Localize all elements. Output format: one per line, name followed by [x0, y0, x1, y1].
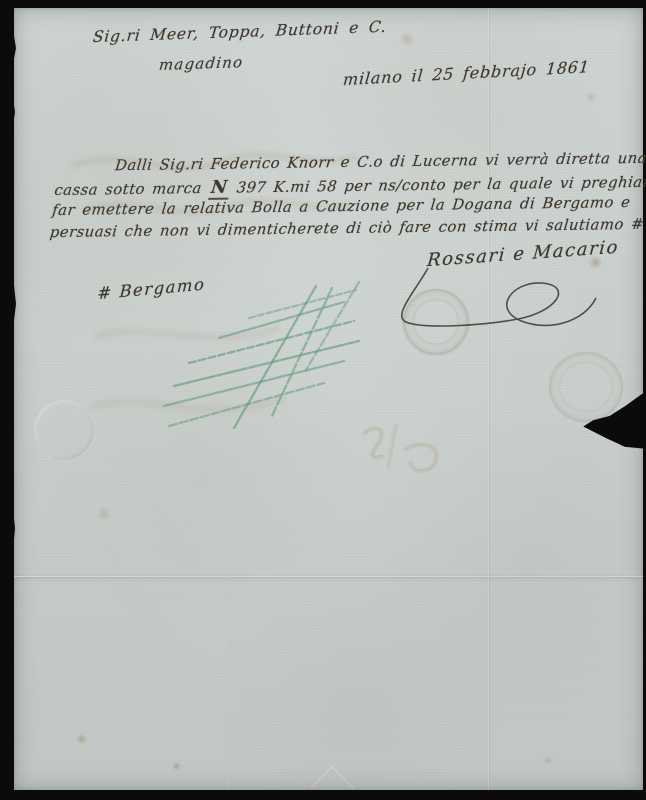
fold-crease-vertical-left — [228, 576, 230, 790]
postmark-stamp — [549, 352, 623, 422]
fold-crease-vertical-right — [488, 8, 490, 790]
body-line-2-pre: cassa sotto marca — [54, 180, 210, 199]
fold-chevron-mark — [309, 764, 355, 790]
foxing-spot — [98, 504, 110, 524]
foxing-spot — [585, 92, 597, 103]
dateline: milano il 25 febbrajo 1861 — [342, 57, 590, 89]
body-line-2-post: 397 K.mi 58 per ns/conto per la quale vi… — [229, 173, 646, 196]
foxing-spot — [172, 762, 181, 770]
scanned-letter-page: { "letter": { "recipient": "Sig.ri Meer,… — [0, 0, 646, 800]
letter-paper: Sig.ri Meer, Toppa, Buttoni e C. magadin… — [14, 8, 643, 790]
signature-flourish — [386, 264, 621, 336]
foxing-spot — [398, 32, 416, 46]
foxing-spot — [76, 734, 87, 744]
recipient-place: magadino — [158, 53, 244, 74]
foxing-spot — [542, 756, 555, 765]
fold-crease-horizontal — [14, 576, 643, 578]
recipient-line: Sig.ri Meer, Toppa, Buttoni e C. — [92, 18, 388, 46]
shipment-mark: N — [208, 178, 231, 200]
letter-body: Dalli Sig.ri Federico Knorr e C.o di Luc… — [48, 149, 646, 246]
